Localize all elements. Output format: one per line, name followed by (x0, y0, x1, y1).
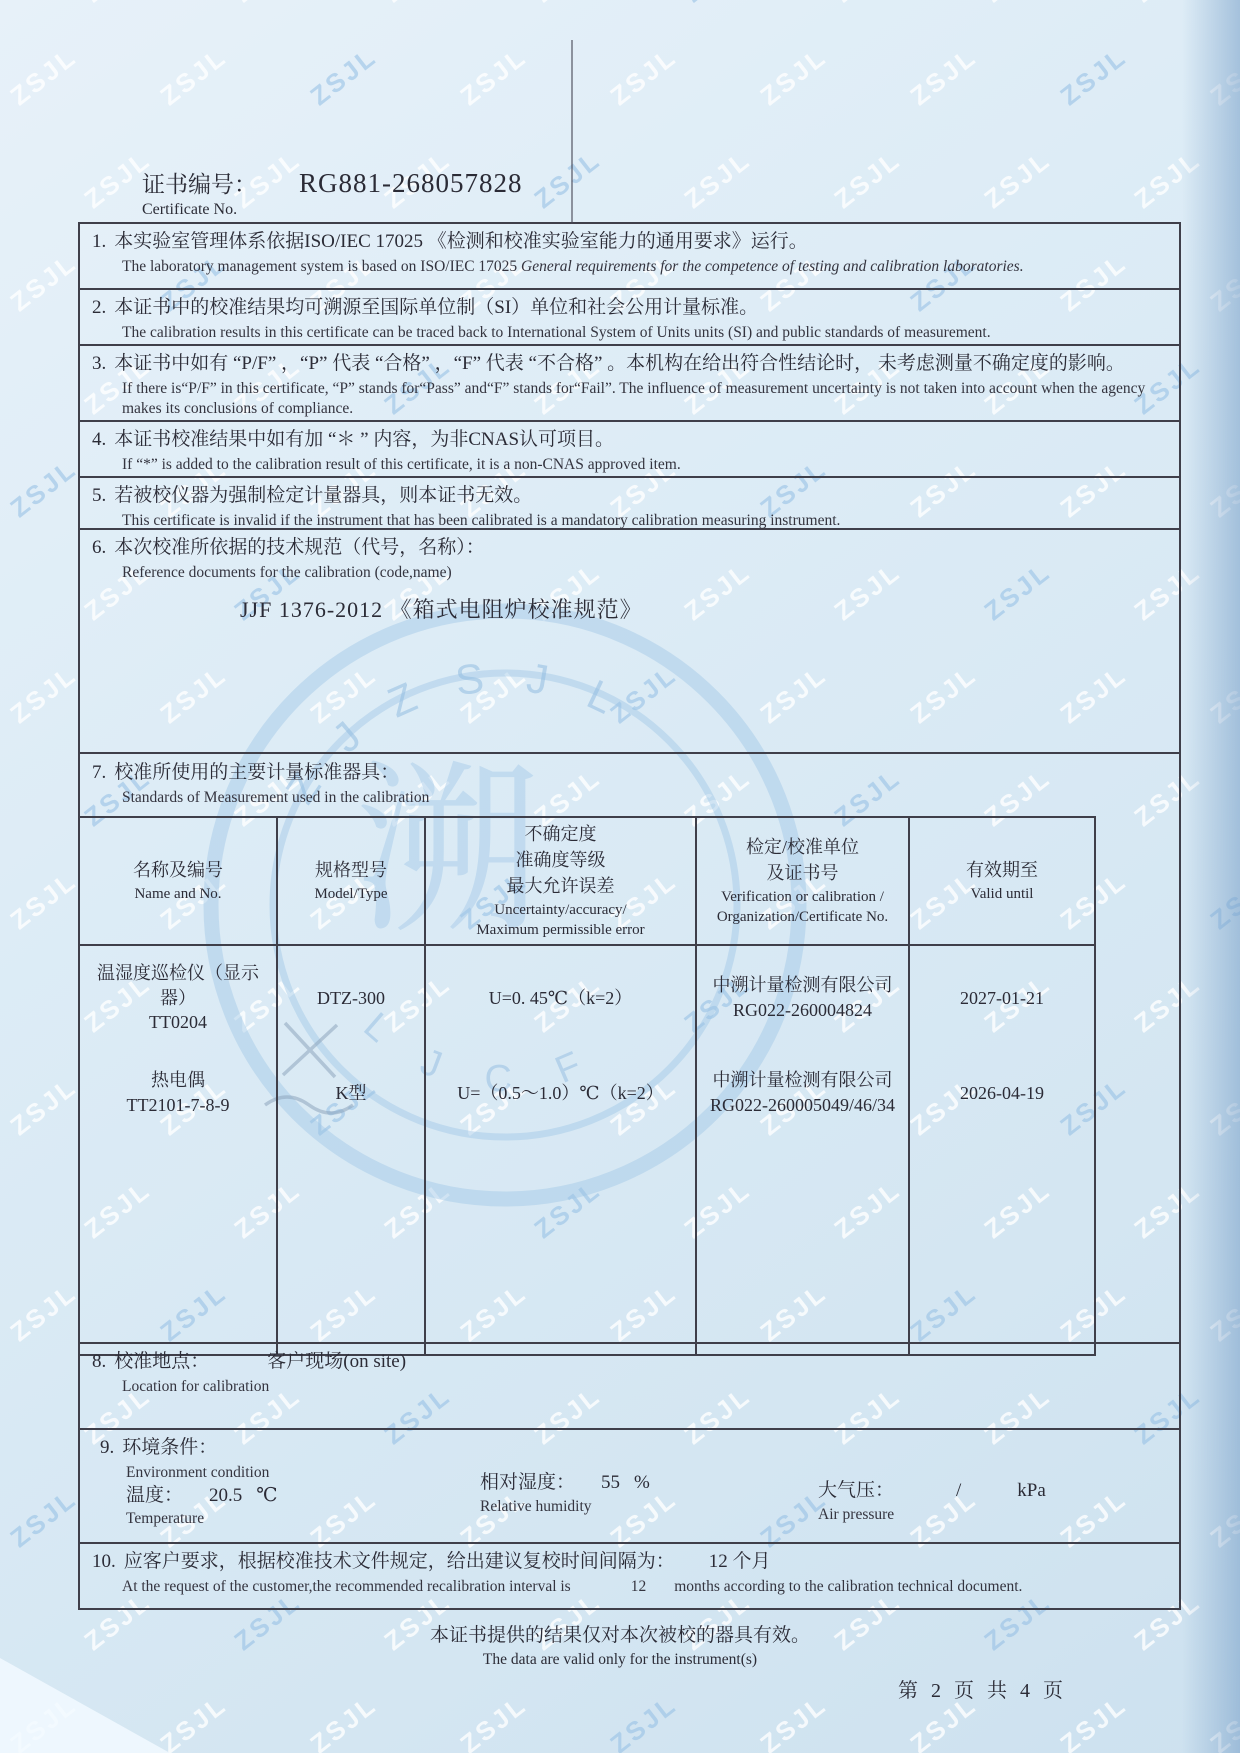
section-location: 8.校准地点：客户现场(on site) Location for calibr… (80, 1344, 1179, 1430)
clause-6-en: Reference documents for the calibration … (92, 563, 1167, 583)
section-7-num: 7. (92, 762, 106, 783)
section-recalibration: 10.应客户要求，根据校准技术文件规定，给出建议复校时间间隔为：12 个月 At… (80, 1544, 1179, 1608)
standards-header-row: 名称及编号Name and No. 规格型号Model/Type 不确定度 准确… (79, 817, 1095, 945)
clause-1: 1.本实验室管理体系依据ISO/IEC 17025 《检测和校准实验室能力的通用… (80, 224, 1179, 290)
clause-3-en: If there is“P/F” in this certificate, “P… (92, 379, 1167, 419)
clause-1-en: The laboratory management system is base… (122, 258, 521, 275)
recalibration-en-suffix: months according to the calibration tech… (674, 1577, 1022, 1597)
recalibration-en-prefix: At the request of the customer,the recom… (122, 1577, 571, 1597)
standard-2-org: 中溯计量检测有限公司 (713, 1068, 893, 1092)
clause-4: 4.本证书校准结果中如有加 “＊ ” 内容，为非CNAS认可项目。 If “*”… (80, 422, 1179, 478)
standard-2-name: 热电偶 (151, 1068, 205, 1092)
col-header-model: 规格型号Model/Type (277, 817, 425, 945)
certificate-no-label-en: Certificate No. (142, 201, 523, 219)
scan-artifact-line (571, 40, 573, 224)
location-label-zh: 校准地点： (114, 1351, 209, 1372)
cell-uncertainty: U=0. 45℃（k=2） U=（0.5～1.0）℃（k=2） (425, 945, 696, 1355)
clause-3-num: 3. (92, 353, 106, 374)
clause-2-zh: 本证书中的校准结果均可溯源至国际单位制（SI）单位和社会公用计量标准。 (114, 297, 758, 318)
certificate-header: 证书编号： RG881-268057828 Certificate No. (142, 166, 523, 219)
standard-1-name: 温湿度巡检仪（显示器） (84, 961, 272, 1010)
pressure-unit: kPa (1017, 1478, 1046, 1504)
col-header-organization: 检定/校准单位 及证书号Verification or calibration … (696, 817, 909, 945)
section-10-num: 10. (92, 1551, 116, 1572)
clause-5: 5.若被校仪器为强制检定计量器具，则本证书无效。 This certificat… (80, 478, 1179, 530)
cell-model: DTZ-300 K型 (277, 945, 425, 1355)
validity-note-en: The data are valid only for the instrume… (0, 1651, 1240, 1669)
clause-6: 6.本次校准所依据的技术规范（代号，名称）： Reference documen… (80, 530, 1179, 754)
humidity-value: 55 (601, 1470, 620, 1496)
col-header-uncertainty: 不确定度 准确度等级 最大允许误差Uncertainty/accuracy/ M… (425, 817, 696, 945)
terms-box: 1.本实验室管理体系依据ISO/IEC 17025 《检测和校准实验室能力的通用… (78, 222, 1181, 1610)
clause-3: 3.本证书中如有 “P/F” ，“P” 代表 “合格” ，“F” 代表 “不合格… (80, 346, 1179, 422)
clause-2-en: The calibration results in this certific… (92, 323, 1167, 343)
col-header-valid-until: 有效期至Valid until (909, 817, 1095, 945)
clause-5-zh: 若被校仪器为强制检定计量器具，则本证书无效。 (114, 485, 532, 506)
clause-4-num: 4. (92, 429, 106, 450)
clause-5-en: This certificate is invalid if the instr… (92, 511, 1167, 531)
clause-2: 2.本证书中的校准结果均可溯源至国际单位制（SI）单位和社会公用计量标准。 Th… (80, 290, 1179, 346)
standard-2-model: K型 (282, 1048, 420, 1138)
cell-name-no: 温湿度巡检仪（显示器）TT0204 热电偶TT2101-7-8-9 (79, 945, 277, 1355)
certificate-number: RG881-268057828 (299, 168, 523, 199)
cell-valid-until: 2027-01-21 2026-04-19 (909, 945, 1095, 1355)
standard-2-cert: RG022-260005049/46/34 (710, 1093, 895, 1117)
clause-6-num: 6. (92, 537, 106, 558)
section-9-num: 9. (100, 1437, 114, 1458)
standard-2-valid: 2026-04-19 (914, 1048, 1090, 1138)
col-header-name: 名称及编号Name and No. (79, 817, 277, 945)
location-value: 客户现场(on site) (267, 1351, 406, 1372)
environment-label-zh: 环境条件： (122, 1437, 217, 1458)
clause-1-en-italic: General requirements for the competence … (521, 258, 1024, 275)
clause-1-num: 1. (92, 231, 106, 252)
clause-4-en: If “*” is added to the calibration resul… (92, 455, 1167, 475)
temperature-unit: ℃ (256, 1483, 277, 1509)
clause-3-zh: 本证书中如有 “P/F” ，“P” 代表 “合格” ，“F” 代表 “不合格” … (114, 353, 1125, 374)
standards-title-en: Standards of Measurement used in the cal… (92, 788, 1167, 808)
temperature-value: 20.5 (209, 1483, 242, 1509)
certificate-page: 证书编号： RG881-268057828 Certificate No. 1.… (0, 0, 1240, 1753)
humidity-unit: % (634, 1470, 650, 1496)
temperature-label-zh: 温度： (126, 1483, 183, 1509)
standards-table: 名称及编号Name and No. 规格型号Model/Type 不确定度 准确… (78, 816, 1096, 1356)
recalibration-interval-zh: 12 个月 (709, 1551, 771, 1572)
standard-1-org: 中溯计量检测有限公司 (713, 973, 893, 997)
clause-2-num: 2. (92, 297, 106, 318)
cell-organization: 中溯计量检测有限公司RG022-260004824 中溯计量检测有限公司RG02… (696, 945, 909, 1355)
section-8-num: 8. (92, 1351, 106, 1372)
reference-document: JJF 1376-2012 《箱式电阻炉校准规范》 (240, 593, 1167, 624)
clause-1-zh: 本实验室管理体系依据ISO/IEC 17025 《检测和校准实验室能力的通用要求… (114, 231, 808, 252)
page-number: 第 2 页 共 4 页 (898, 1674, 1067, 1703)
certificate-no-label-zh: 证书编号： (142, 166, 257, 199)
pressure-value: / (956, 1478, 961, 1504)
standards-title-zh: 校准所使用的主要计量标准器具： (114, 762, 399, 783)
standards-body-row: 温湿度巡检仪（显示器）TT0204 热电偶TT2101-7-8-9 DTZ-30… (79, 945, 1095, 1355)
standard-1-no: TT0204 (149, 1010, 207, 1034)
section-standards: 7.校准所使用的主要计量标准器具： Standards of Measureme… (80, 754, 1179, 1344)
standard-2-mpe: U=（0.5～1.0）℃（k=2） (430, 1048, 691, 1138)
standard-1-valid: 2027-01-21 (914, 948, 1090, 1048)
pressure-label-zh: 大气压： (818, 1478, 894, 1504)
standard-1-cert: RG022-260004824 (733, 998, 872, 1022)
clause-4-zh: 本证书校准结果中如有加 “＊ ” 内容，为非CNAS认可项目。 (114, 429, 614, 450)
recalibration-zh: 应客户要求，根据校准技术文件规定，给出建议复校时间间隔为： (124, 1551, 675, 1572)
humidity-label-en: Relative humidity (480, 1498, 650, 1516)
humidity-label-zh: 相对湿度： (480, 1470, 575, 1496)
recalibration-interval-en: 12 (631, 1577, 647, 1597)
standard-2-no: TT2101-7-8-9 (127, 1093, 230, 1117)
clause-6-zh: 本次校准所依据的技术规范（代号，名称）： (114, 537, 485, 558)
clause-5-num: 5. (92, 485, 106, 506)
validity-note-zh: 本证书提供的结果仅对本次被校的器具有效。 (0, 1620, 1240, 1647)
standard-1-mpe: U=0. 45℃（k=2） (430, 948, 691, 1048)
pressure-label-en: Air pressure (818, 1506, 1046, 1524)
location-label-en: Location for calibration (92, 1377, 1167, 1397)
section-environment: 9.环境条件： Environment condition 温度： 20.5 ℃… (80, 1430, 1179, 1544)
validity-note: 本证书提供的结果仅对本次被校的器具有效。 The data are valid … (0, 1620, 1240, 1669)
standard-1-model: DTZ-300 (282, 948, 420, 1048)
